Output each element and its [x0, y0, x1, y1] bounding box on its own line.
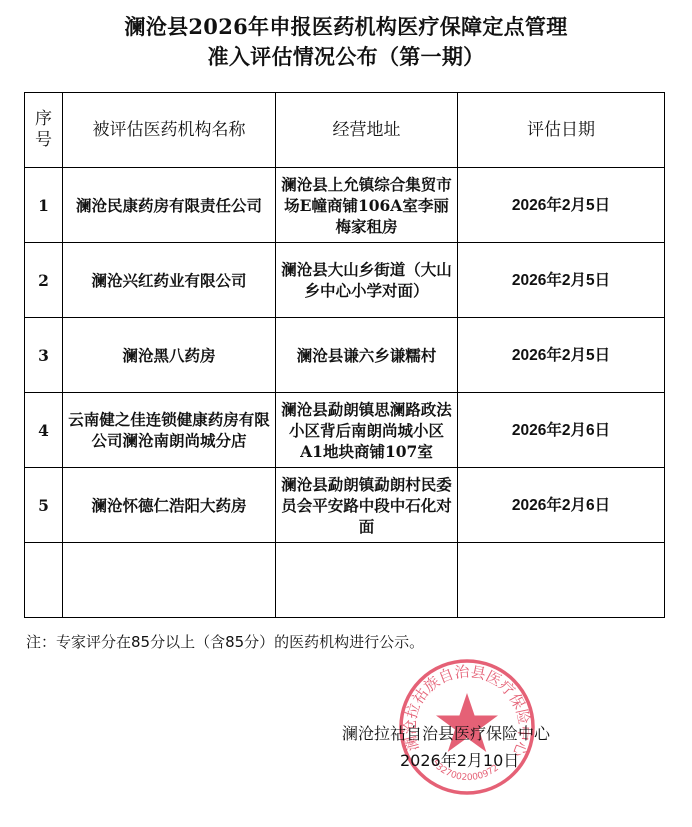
- row-index: [25, 543, 63, 618]
- row-index: 4: [25, 393, 63, 468]
- row-institution-name: 澜沧怀德仁浩阳大药房: [63, 468, 276, 543]
- row-address: [276, 543, 458, 618]
- issuer-name: 澜沧拉祜自治县医疗保险中心: [342, 723, 550, 745]
- row-date: 2026年2月5日: [458, 243, 665, 318]
- row-date: 2026年2月5日: [458, 168, 665, 243]
- row-address: 澜沧县勐朗镇勐朗村民委员会平安路中段中石化对面: [276, 468, 458, 543]
- row-institution-name: [63, 543, 276, 618]
- row-index: 2: [25, 243, 63, 318]
- row-index: 3: [25, 318, 63, 393]
- row-index: 1: [25, 168, 63, 243]
- table-row: 1 澜沧民康药房有限责任公司 澜沧县上允镇综合集贸市场E幢商铺106A室李丽梅家…: [25, 168, 665, 243]
- document-title-line1: 澜沧县2026年申报医药机构医疗保障定点管理: [0, 12, 692, 42]
- issue-date: 2026年2月10日: [400, 750, 519, 772]
- table-row-empty: [25, 543, 665, 618]
- table-row: 4 云南健之佳连锁健康药房有限公司澜沧南朗尚城分店 澜沧县勐朗镇思澜路政法小区背…: [25, 393, 665, 468]
- row-address: 澜沧县谦六乡谦糯村: [276, 318, 458, 393]
- header-evaluation-date: 评估日期: [458, 93, 665, 168]
- row-date: 2026年2月6日: [458, 468, 665, 543]
- row-address: 澜沧县上允镇综合集贸市场E幢商铺106A室李丽梅家租房: [276, 168, 458, 243]
- evaluation-table: 序号 被评估医药机构名称 经营地址 评估日期 1 澜沧民康药房有限责任公司 澜沧…: [24, 92, 665, 618]
- table-row: 2 澜沧兴红药业有限公司 澜沧县大山乡街道（大山乡中心小学对面） 2026年2月…: [25, 243, 665, 318]
- table-row: 3 澜沧黑八药房 澜沧县谦六乡谦糯村 2026年2月5日: [25, 318, 665, 393]
- row-institution-name: 澜沧民康药房有限责任公司: [63, 168, 276, 243]
- row-date: 2026年2月6日: [458, 393, 665, 468]
- header-address: 经营地址: [276, 93, 458, 168]
- row-institution-name: 云南健之佳连锁健康药房有限公司澜沧南朗尚城分店: [63, 393, 276, 468]
- row-date: [458, 543, 665, 618]
- row-index: 5: [25, 468, 63, 543]
- row-institution-name: 澜沧兴红药业有限公司: [63, 243, 276, 318]
- row-institution-name: 澜沧黑八药房: [63, 318, 276, 393]
- header-institution-name: 被评估医药机构名称: [63, 93, 276, 168]
- table-header-row: 序号 被评估医药机构名称 经营地址 评估日期: [25, 93, 665, 168]
- row-date: 2026年2月5日: [458, 318, 665, 393]
- table-row: 5 澜沧怀德仁浩阳大药房 澜沧县勐朗镇勐朗村民委员会平安路中段中石化对面 202…: [25, 468, 665, 543]
- header-index: 序号: [25, 93, 63, 168]
- footnote: 注：专家评分在85分以上（含85分）的医药机构进行公示。: [26, 632, 424, 652]
- row-address: 澜沧县大山乡街道（大山乡中心小学对面）: [276, 243, 458, 318]
- row-address: 澜沧县勐朗镇思澜路政法小区背后南朗尚城小区A1地块商铺107室: [276, 393, 458, 468]
- document-title-line2: 准入评估情况公布（第一期）: [0, 42, 692, 72]
